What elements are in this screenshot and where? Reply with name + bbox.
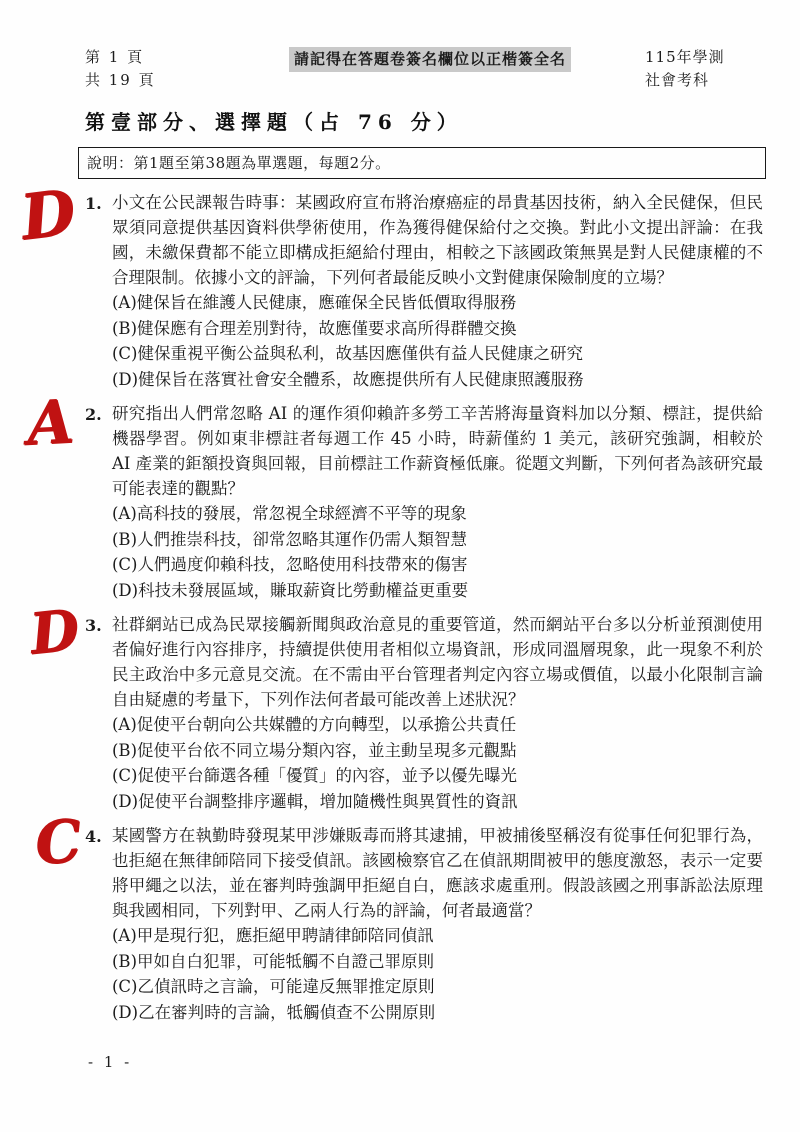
page-number-line: 第 1 頁 xyxy=(85,46,215,69)
exam-year-line: 115年學測 xyxy=(645,46,763,69)
option-a: (A)高科技的發展，常忽視全球經濟不平等的現象 xyxy=(112,501,763,527)
question-stem: 某國警方在執勤時發現某甲涉嫌販毒而將其逮捕，甲被捕後堅稱沒有從事任何犯罪行為，也… xyxy=(112,823,763,923)
option-d: (D)科技未發展區域，賺取薪資比勞動權益更重要 xyxy=(112,578,763,604)
question-number: 2. xyxy=(85,401,112,603)
section-title: 第壹部分、選擇題（占 76 分） xyxy=(85,106,763,135)
option-a: (A)促使平台朝向公共媒體的方向轉型，以承擔公共責任 xyxy=(112,712,763,738)
question-3: D 3. 社群網站已成為民眾接觸新聞與政治意見的重要管道，然而網站平台多以分析並… xyxy=(85,612,763,814)
question-number: 4. xyxy=(85,823,112,1025)
exam-subject-line: 社會考科 xyxy=(645,69,763,92)
instruction-box: 說明：第1題至第38題為單選題，每題2分。 xyxy=(78,147,766,179)
handwritten-answer-3: D xyxy=(27,602,81,663)
question-stem: 小文在公民課報告時事：某國政府宣布將治療癌症的昂貴基因技術，納入全民健保，但民眾… xyxy=(112,190,763,290)
handwritten-answer-2: A xyxy=(25,392,75,454)
question-1: D 1. 小文在公民課報告時事：某國政府宣布將治療癌症的昂貴基因技術，納入全民健… xyxy=(85,190,763,392)
exam-info-block: 115年學測 社會考科 xyxy=(645,46,763,92)
exam-page: 第 1 頁 共 19 頁 請記得在答題卷簽名欄位以正楷簽全名 115年學測 社會… xyxy=(0,0,800,1132)
question-body: 某國警方在執勤時發現某甲涉嫌販毒而將其逮捕，甲被捕後堅稱沒有從事任何犯罪行為，也… xyxy=(112,823,763,1025)
option-c: (C)乙偵訊時之言論，可能違反無罪推定原則 xyxy=(112,974,763,1000)
option-b: (B)甲如自白犯罪，可能牴觸不自證己罪原則 xyxy=(112,949,763,975)
option-a: (A)健保旨在維護人民健康，應確保全民皆低價取得服務 xyxy=(112,290,763,316)
footer-page-number: - 1 - xyxy=(88,1053,132,1071)
question-body: 研究指出人們常忽略 AI 的運作須仰賴許多勞工辛苦將海量資料加以分類、標註，提供… xyxy=(112,401,763,603)
signature-notice: 請記得在答題卷簽名欄位以正楷簽全名 xyxy=(289,47,571,72)
question-2: A 2. 研究指出人們常忽略 AI 的運作須仰賴許多勞工辛苦將海量資料加以分類、… xyxy=(85,401,763,603)
option-c: (C)促使平台篩選各種「優質」的內容，並予以優先曝光 xyxy=(112,763,763,789)
option-d: (D)促使平台調整排序邏輯，增加隨機性與異質性的資訊 xyxy=(112,789,763,815)
handwritten-answer-4: C xyxy=(33,811,84,873)
option-d: (D)健保旨在落實社會安全體系，故應提供所有人民健康照護服務 xyxy=(112,367,763,393)
question-4: C 4. 某國警方在執勤時發現某甲涉嫌販毒而將其逮捕，甲被捕後堅稱沒有從事任何犯… xyxy=(85,823,763,1025)
page-header: 第 1 頁 共 19 頁 請記得在答題卷簽名欄位以正楷簽全名 115年學測 社會… xyxy=(85,46,763,92)
option-b: (B)人們推崇科技，卻常忽略其運作仍需人類智慧 xyxy=(112,527,763,553)
question-stem: 社群網站已成為民眾接觸新聞與政治意見的重要管道，然而網站平台多以分析並預測使用者… xyxy=(112,612,763,712)
header-notice-wrap: 請記得在答題卷簽名欄位以正楷簽全名 xyxy=(215,46,645,72)
question-stem: 研究指出人們常忽略 AI 的運作須仰賴許多勞工辛苦將海量資料加以分類、標註，提供… xyxy=(112,401,763,501)
option-c: (C)人們過度仰賴科技，忽略使用科技帶來的傷害 xyxy=(112,552,763,578)
question-number: 3. xyxy=(85,612,112,814)
option-b: (B)健保應有合理差別對待，故應僅要求高所得群體交換 xyxy=(112,316,763,342)
question-number: 1. xyxy=(85,190,112,392)
page-total-line: 共 19 頁 xyxy=(85,69,215,92)
option-b: (B)促使平台依不同立場分類內容，並主動呈現多元觀點 xyxy=(112,738,763,764)
question-body: 小文在公民課報告時事：某國政府宣布將治療癌症的昂貴基因技術，納入全民健保，但民眾… xyxy=(112,190,763,392)
question-body: 社群網站已成為民眾接觸新聞與政治意見的重要管道，然而網站平台多以分析並預測使用者… xyxy=(112,612,763,814)
page-number-block: 第 1 頁 共 19 頁 xyxy=(85,46,215,92)
handwritten-answer-1: D xyxy=(17,181,78,249)
option-d: (D)乙在審判時的言論，牴觸偵查不公開原則 xyxy=(112,1000,763,1026)
option-a: (A)甲是現行犯，應拒絕甲聘請律師陪同偵訊 xyxy=(112,923,763,949)
option-c: (C)健保重視平衡公益與私利，故基因應僅供有益人民健康之研究 xyxy=(112,341,763,367)
